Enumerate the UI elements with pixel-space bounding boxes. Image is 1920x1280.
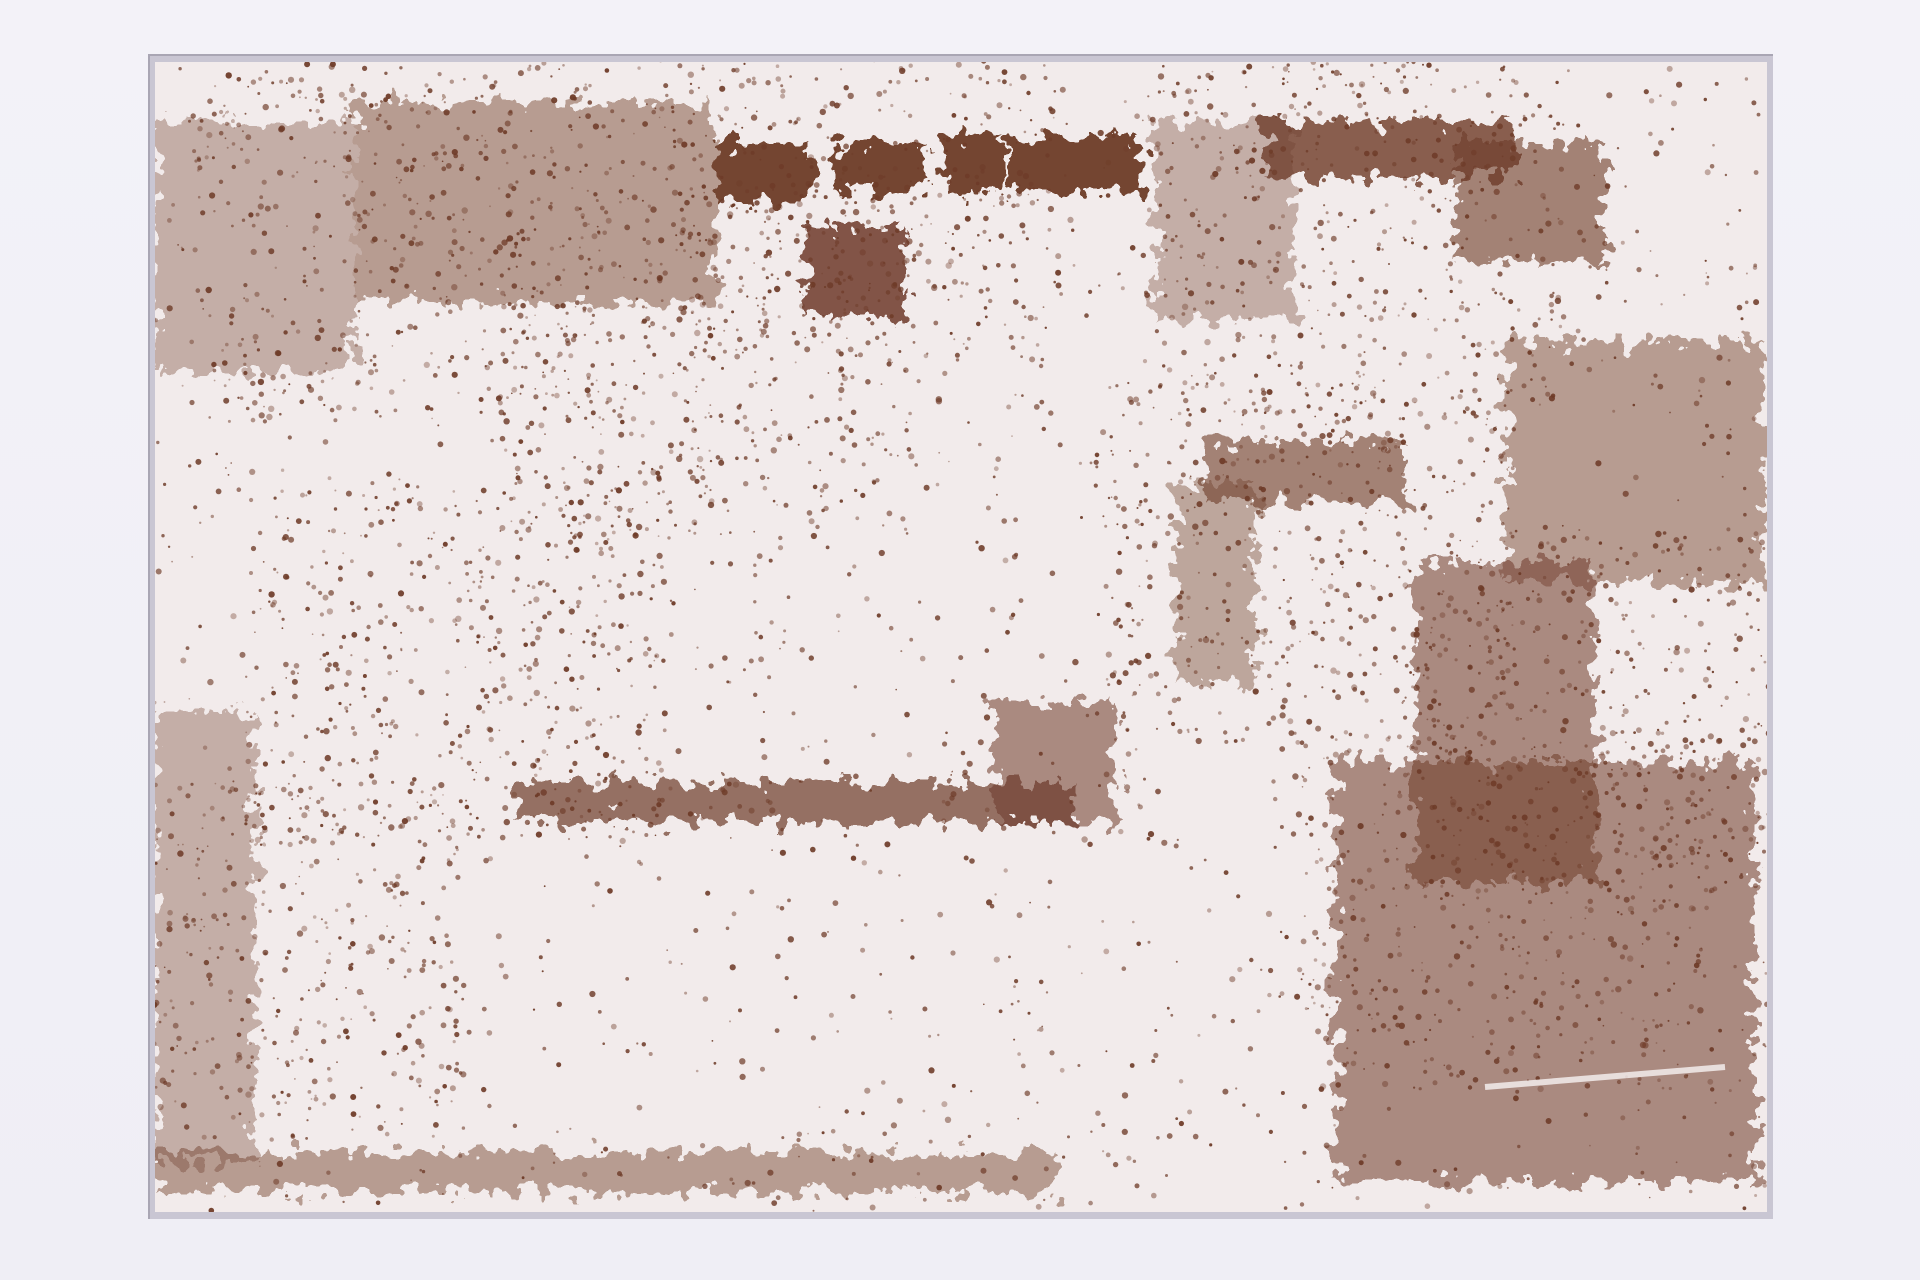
artwork-print — [155, 62, 1767, 1212]
grainy-sepia-image — [155, 62, 1767, 1212]
